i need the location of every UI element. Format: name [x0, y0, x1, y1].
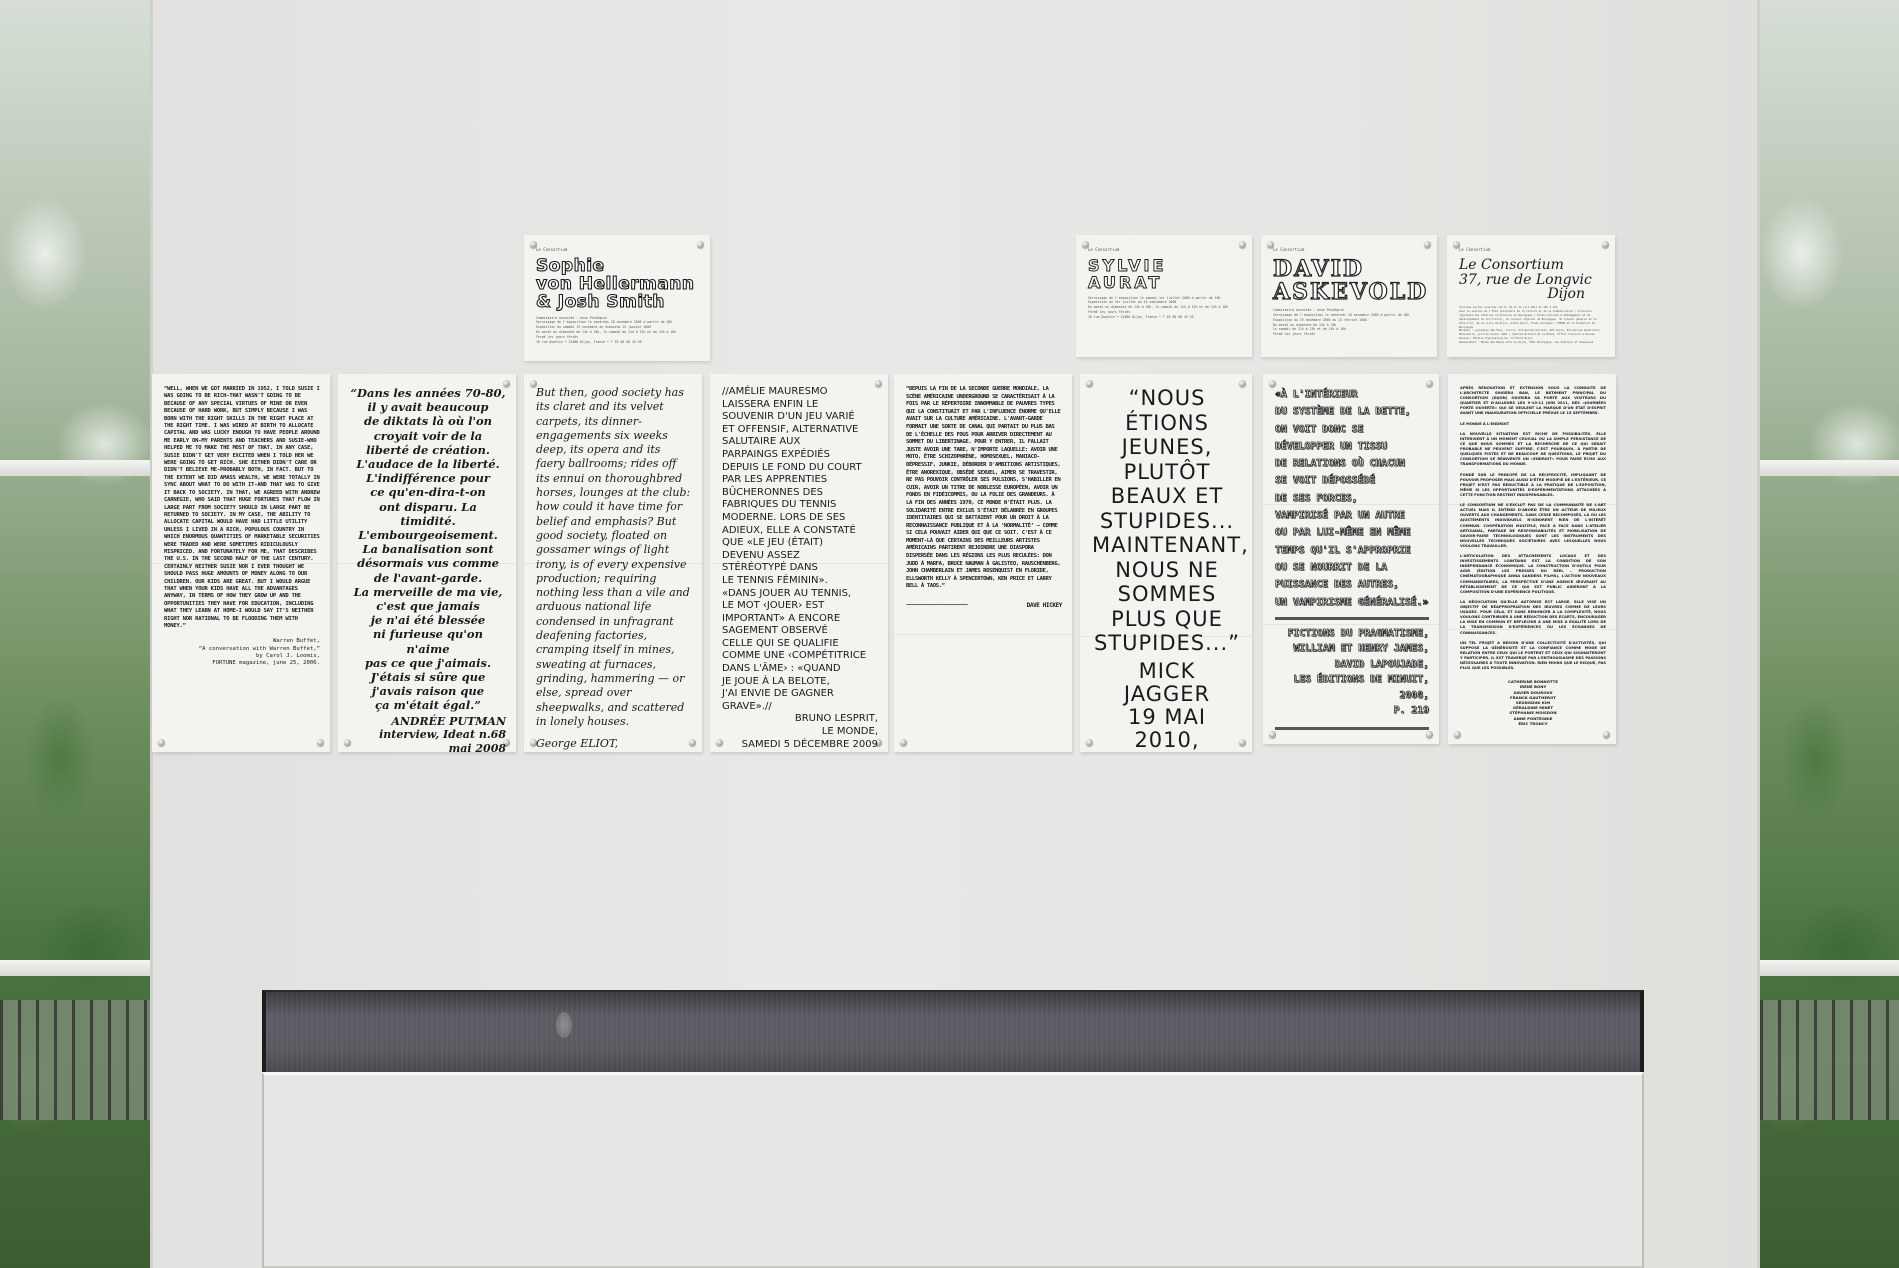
quote-text: “Dans les années 70-80, il y avait beauc…: [350, 386, 506, 713]
quote-attribution: DAVE HICKEY: [1027, 602, 1062, 609]
quote-text: “NOUS ÉTIONS JEUNES, PLUTÔT BEAUX ET STU…: [1092, 386, 1242, 656]
poster-andree-putman-quote: “Dans les années 70-80, il y avait beauc…: [338, 374, 516, 752]
wavy-line-ornament: ~~~~~~~~~~~~~~~~~~~: [906, 601, 967, 609]
card-details: Journées portes ouvertes les 9, 10 et 11…: [1459, 306, 1605, 345]
card-details: Vernissage de l'exposition le samedi 1er…: [1088, 296, 1242, 320]
wall-vent-opening: [262, 990, 1644, 1072]
card-title-line: Le Consortium: [1459, 258, 1605, 273]
poster-george-eliot-quote: But then, good society has its claret an…: [524, 374, 702, 752]
window-mullion: [1760, 460, 1899, 476]
poster-mauresmo-quote: //AMÉLIE MAURESMO LAISSERA ENFIN LE SOUV…: [710, 374, 888, 752]
card-title-line: Dijon: [1459, 287, 1605, 302]
quote-attribution: ANDRÉE PUTMAN interview, Ideat n.68 mai …: [350, 715, 506, 752]
right-window: [1760, 0, 1899, 1268]
card-title-line: SYLVIE AURAT: [1088, 258, 1242, 292]
window-mullion: [0, 960, 150, 976]
quote-attribution: FICTIONS DU PRAGMATISME, WILLIAM ET HENR…: [1275, 626, 1429, 719]
manifesto-signatories: CATHERINE BONNOTTE IRÈNE BONY XAVIER DOU…: [1460, 679, 1606, 726]
quote-attribution: Warren Buffet, “A conversation with Warr…: [164, 638, 320, 667]
quote-attribution: BRUNO LESPRIT, LE MONDE, SAMEDI 5 DÉCEMB…: [722, 713, 878, 751]
card-title-line: & Josh Smith: [536, 294, 700, 312]
consortium-logo: Le Consortium: [1088, 247, 1242, 252]
card-title-line: von Hellermann: [536, 276, 700, 294]
consortium-logo: Le Consortium: [536, 247, 700, 252]
card-title-line: DAVID: [1273, 258, 1427, 281]
balcony-railing: [0, 1000, 150, 1120]
quote-text: “WELL, WHEN WE GOT MARRIED IN 1952, I TO…: [164, 386, 320, 630]
card-details: Commissaire associée : Anne Pontégnie Ve…: [536, 316, 700, 345]
divider-rule: [1275, 617, 1429, 620]
card-title-line: ASKEVOLD: [1273, 281, 1427, 304]
wall-edge: [1757, 0, 1760, 1268]
window-mullion: [1760, 960, 1899, 976]
manifesto-text: APRÈS RÉNOVATION ET EXTENSION SOUS LA CO…: [1460, 386, 1606, 671]
consortium-logo: Le Consortium: [1273, 247, 1427, 252]
quote-text: But then, good society has its claret an…: [536, 386, 692, 729]
balcony-railing: [1760, 1000, 1899, 1120]
card-le-consortium: Le Consortium Le Consortium 37, rue de L…: [1447, 235, 1615, 357]
window-mullion: [0, 460, 150, 476]
quote-attribution: MICK JAGGER 19 MAI 2010, CANNES: [1092, 660, 1242, 753]
vent-screw: [556, 1012, 572, 1038]
left-window: [0, 0, 150, 1268]
poster-consortium-manifesto: APRÈS RÉNOVATION ET EXTENSION SOUS LA CO…: [1448, 374, 1616, 744]
poster-dave-hickey-quote: “DEPUIS LA FIN DE LA SECONDE GUERRE MOND…: [894, 374, 1072, 752]
lower-wall-panel: [262, 1072, 1644, 1268]
divider-rule: [1275, 727, 1429, 730]
card-details: Commissaire associée : Anne Pontégnie Ve…: [1273, 308, 1427, 337]
quote-text: “DEPUIS LA FIN DE LA SECONDE GUERRE MOND…: [906, 386, 1062, 591]
quote-text: «À L'INTÉRIEUR DU SYSTÈME DE LA DETTE, O…: [1275, 386, 1429, 611]
poster-mick-jagger-quote: “NOUS ÉTIONS JEUNES, PLUTÔT BEAUX ET STU…: [1080, 374, 1252, 752]
card-sylvie-aurat: Le Consortium SYLVIE AURAT Vernissage de…: [1076, 235, 1252, 357]
quote-attribution: George ELIOT, The Mill On The Floss, 188…: [536, 737, 692, 752]
card-david-askevold: Le Consortium DAVID ASKEVOLD Commissaire…: [1261, 235, 1437, 357]
poster-lapoujade-quote: «À L'INTÉRIEUR DU SYSTÈME DE LA DETTE, O…: [1263, 374, 1439, 744]
consortium-logo: Le Consortium: [1459, 247, 1605, 252]
poster-warren-buffet-quote: “WELL, WHEN WE GOT MARRIED IN 1952, I TO…: [152, 374, 330, 752]
quote-text: //AMÉLIE MAURESMO LAISSERA ENFIN LE SOUV…: [722, 386, 878, 713]
card-title-line: 37, rue de Longvic: [1459, 273, 1605, 288]
card-sophie-von-hellermann: Le Consortium Sophie von Hellermann & Jo…: [524, 235, 710, 361]
